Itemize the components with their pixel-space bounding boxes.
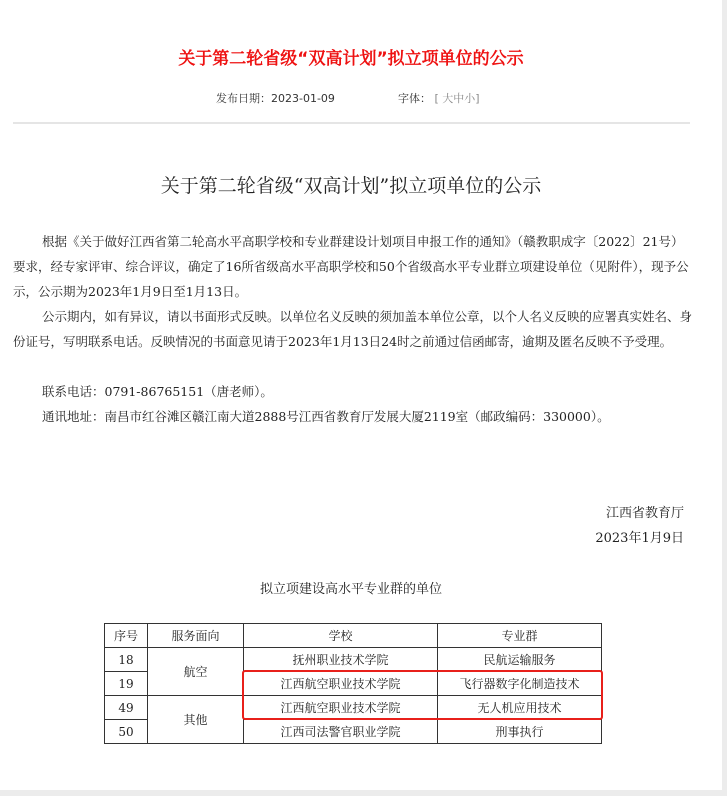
cell-no: 19	[105, 672, 148, 696]
cell-major: 民航运输服务	[438, 648, 602, 672]
font-small-link[interactable]: 小	[464, 92, 475, 105]
paragraph-phone: 联系电话：0791-86765151（唐老师）。	[13, 379, 693, 404]
cell-no: 18	[105, 648, 148, 672]
table-row: 18 航空 抚州职业技术学院 民航运输服务	[105, 648, 602, 672]
cell-school: 抚州职业技术学院	[244, 648, 438, 672]
font-size-control: 字体： [ 大中小]	[398, 90, 480, 106]
table-header-row: 序号 服务面向 学校 专业群	[105, 624, 602, 648]
cell-school: 江西司法警官职业学院	[244, 720, 438, 744]
cell-no: 49	[105, 696, 148, 720]
page-title: 关于第二轮省级“双高计划”拟立项单位的公示	[0, 44, 702, 69]
publish-date-label: 发布日期：	[216, 92, 271, 105]
bracket-close: ]	[475, 92, 479, 105]
page-card: 关于第二轮省级“双高计划”拟立项单位的公示 发布日期：2023-01-09 字体…	[0, 0, 722, 790]
cell-category: 其他	[148, 696, 244, 744]
publish-date-value: 2023-01-09	[271, 92, 335, 105]
units-table: 序号 服务面向 学校 专业群 18 航空 抚州职业技术学院 民航运输服务 19 …	[104, 623, 602, 744]
signature-date: 2023年1月9日	[595, 527, 684, 546]
font-size-label: 字体：	[398, 92, 431, 105]
cell-major: 无人机应用技术	[438, 696, 602, 720]
table-caption: 拟立项建设高水平专业群的单位	[0, 578, 702, 597]
col-header-category: 服务面向	[148, 624, 244, 648]
cell-school: 江西航空职业技术学院	[244, 672, 438, 696]
table-row: 49 其他 江西航空职业技术学院 无人机应用技术	[105, 696, 602, 720]
cell-school: 江西航空职业技术学院	[244, 696, 438, 720]
paragraph-objection: 公示期内，如有异议，请以书面形式反映。以单位名义反映的须加盖本单位公章，以个人名…	[13, 304, 693, 354]
col-header-school: 学校	[244, 624, 438, 648]
signature-org: 江西省教育厅	[606, 502, 684, 521]
paragraph-basis: 根据《关于做好江西省第二轮高水平高职学校和专业群建设计划项目申报工作的通知》（赣…	[13, 229, 693, 304]
publish-date: 发布日期：2023-01-09	[216, 90, 335, 106]
paragraph-address: 通讯地址：南昌市红谷滩区赣江南大道2888号江西省教育厅发展大厦2119室（邮政…	[13, 404, 693, 429]
col-header-major: 专业群	[438, 624, 602, 648]
cell-major: 刑事执行	[438, 720, 602, 744]
bracket-open: [	[435, 92, 439, 105]
col-header-no: 序号	[105, 624, 148, 648]
cell-category: 航空	[148, 648, 244, 696]
font-medium-link[interactable]: 中	[453, 92, 464, 105]
article-title: 关于第二轮省级“双高计划”拟立项单位的公示	[0, 171, 702, 198]
cell-no: 50	[105, 720, 148, 744]
header-divider	[13, 122, 690, 124]
cell-major: 飞行器数字化制造技术	[438, 672, 602, 696]
font-large-link[interactable]: 大	[442, 92, 453, 105]
